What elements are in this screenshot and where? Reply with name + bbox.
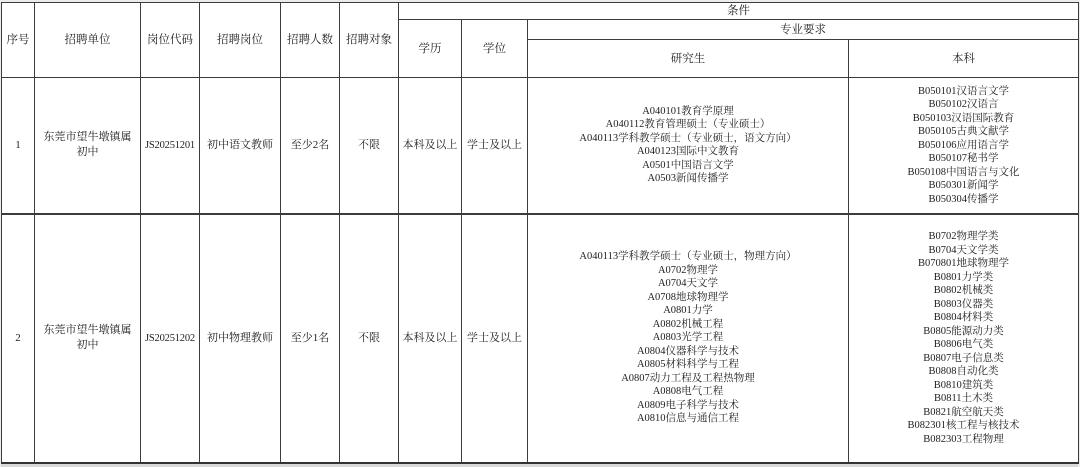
header-conditions: 条件: [399, 3, 1079, 20]
cell-position-name: 初中物理教师: [200, 214, 281, 463]
cell-recruitment-target: 不限: [340, 214, 399, 463]
header-headcount: 招聘人数: [281, 3, 340, 78]
cell-graduate-majors: A040113学科教学硕士（专业硕士，物理方向） A0702物理学 A0704天…: [528, 214, 849, 463]
header-undergraduate: 本科: [849, 40, 1079, 78]
header-serial-number: 序号: [2, 3, 35, 78]
header-graduate: 研究生: [528, 40, 849, 78]
header-recruitment-target: 招聘对象: [340, 3, 399, 78]
cell-degree: 学士及以上: [462, 214, 528, 463]
cell-recruitment-target: 不限: [340, 78, 399, 214]
table-header: 序号 招聘单位 岗位代码 招聘岗位 招聘人数 招聘对象 条件 学历 学位 专业要…: [2, 3, 1079, 78]
cell-undergraduate-majors: B0702物理学类 B0704天文学类 B070801地球物理学 B0801力学…: [849, 214, 1079, 463]
cell-headcount: 至少1名: [281, 214, 340, 463]
cell-recruiting-unit: 东莞市望牛墩镇属初中: [35, 78, 141, 214]
header-recruiting-unit: 招聘单位: [35, 3, 141, 78]
header-position-name: 招聘岗位: [200, 3, 281, 78]
header-degree: 学位: [462, 20, 528, 78]
cell-position-code: JS20251202: [141, 214, 200, 463]
table-row: 2 东莞市望牛墩镇属初中 JS20251202 初中物理教师 至少1名 不限 本…: [2, 214, 1079, 463]
recruitment-table: 序号 招聘单位 岗位代码 招聘岗位 招聘人数 招聘对象 条件 学历 学位 专业要…: [1, 2, 1079, 464]
cell-graduate-majors: A040101教育学原理 A040112教育管理硕士（专业硕士） A040113…: [528, 78, 849, 214]
header-row-1: 序号 招聘单位 岗位代码 招聘岗位 招聘人数 招聘对象 条件: [2, 3, 1079, 20]
header-position-code: 岗位代码: [141, 3, 200, 78]
cell-recruiting-unit: 东莞市望牛墩镇属初中: [35, 214, 141, 463]
header-education: 学历: [399, 20, 462, 78]
page-bottom-edge: [1, 464, 1078, 467]
recruitment-table-sheet: 序号 招聘单位 岗位代码 招聘岗位 招聘人数 招聘对象 条件 学历 学位 专业要…: [1, 2, 1078, 467]
cell-education: 本科及以上: [399, 78, 462, 214]
cell-position-code: JS20251201: [141, 78, 200, 214]
cell-position-name: 初中语文教师: [200, 78, 281, 214]
cell-education: 本科及以上: [399, 214, 462, 463]
cell-headcount: 至少2名: [281, 78, 340, 214]
table-body: 1 东莞市望牛墩镇属初中 JS20251201 初中语文教师 至少2名 不限 本…: [2, 78, 1079, 463]
header-major-requirements: 专业要求: [528, 20, 1079, 40]
recruiting-unit-text: 东莞市望牛墩镇属初中: [41, 323, 134, 353]
table-row: 1 东莞市望牛墩镇属初中 JS20251201 初中语文教师 至少2名 不限 本…: [2, 78, 1079, 214]
cell-serial-number: 1: [2, 78, 35, 214]
cell-degree: 学士及以上: [462, 78, 528, 214]
recruiting-unit-text: 东莞市望牛墩镇属初中: [41, 130, 134, 160]
cell-serial-number: 2: [2, 214, 35, 463]
cell-undergraduate-majors: B050101汉语言文学 B050102汉语言 B050103汉语国际教育 B0…: [849, 78, 1079, 214]
